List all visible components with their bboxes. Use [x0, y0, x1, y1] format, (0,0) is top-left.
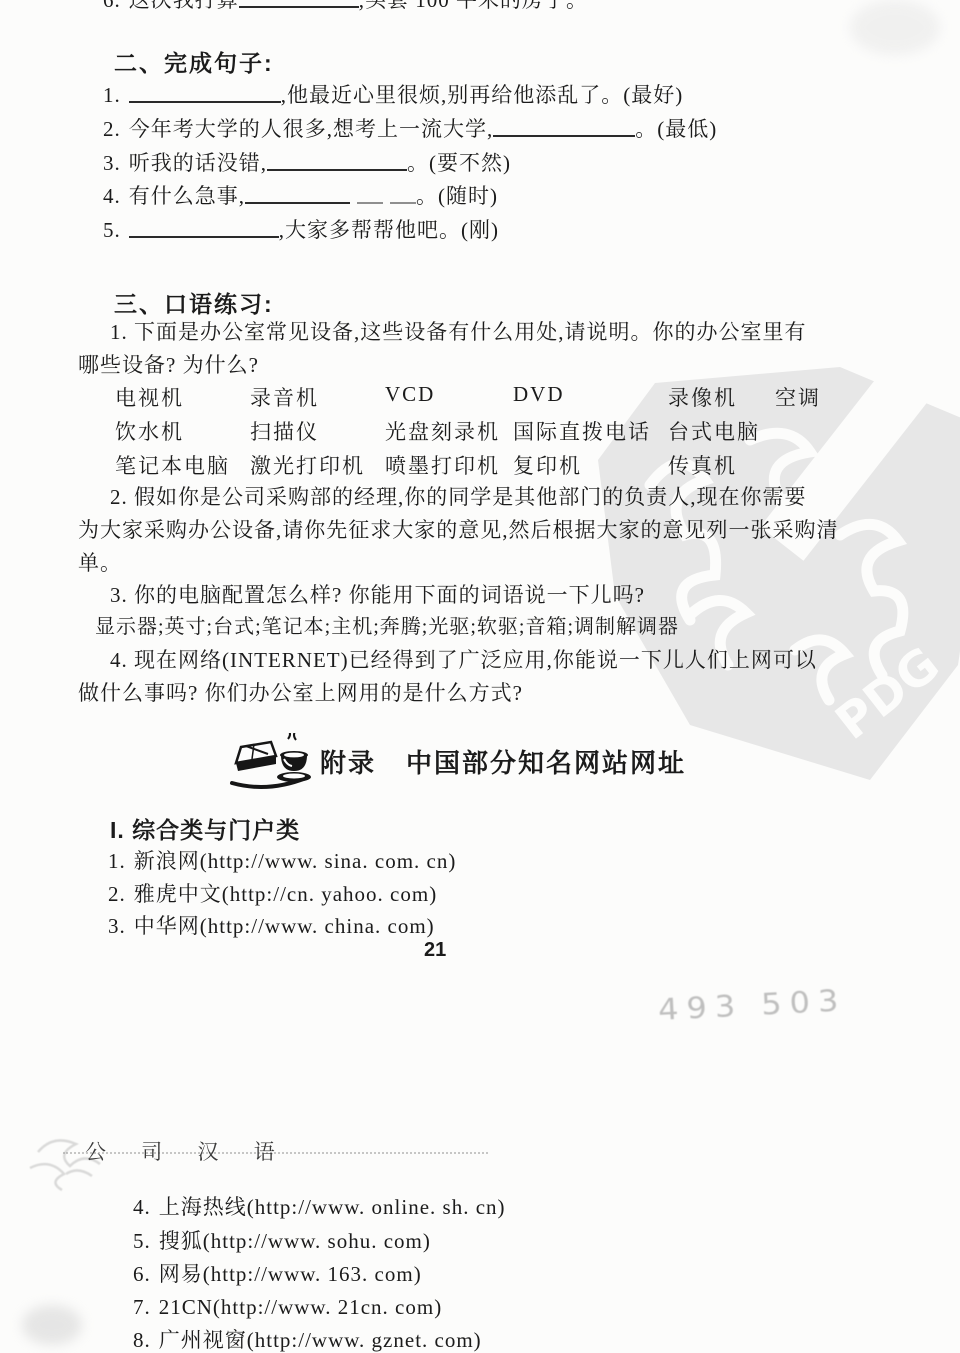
item-text: 。(最低): [635, 117, 717, 141]
item-number: 1.: [108, 849, 126, 873]
item-text: ,他最近心里很烦,别再给他添乱了。(最好): [281, 83, 684, 107]
site-list-item: 2.雅虎中文(http://cn. yahoo. com): [108, 881, 437, 907]
fill-in-blank: [129, 84, 281, 103]
fill-in-blank: [267, 152, 407, 171]
site-list-item: 3.中华网(http://www. china. com): [108, 913, 435, 939]
item-number: 4.: [103, 184, 121, 208]
fill-in-blank: [239, 0, 359, 8]
speaking-item-4-line-2: 做什么事吗? 你们办公室上网用的是什么方式?: [78, 680, 523, 706]
running-header-title: 公 司 汉 语: [85, 1136, 290, 1166]
fill-in-blank: [129, 219, 279, 238]
speaking-item-2-line-3: 单。: [78, 550, 122, 576]
equipment-item: 录像机: [668, 382, 737, 412]
equipment-item: 饮水机: [115, 416, 184, 446]
site-url-text: 上海热线(http://www. online. sh. cn): [159, 1195, 506, 1219]
item-text: 这次我打算: [129, 0, 239, 12]
speaking-item-1-line-2: 哪些设备? 为什么?: [78, 352, 259, 378]
speaking-item-1-line-1: 1. 下面是办公室常见设备,这些设备有什么用处,请说明。你的办公室里有: [110, 319, 807, 345]
equipment-item: DVD: [513, 382, 565, 407]
bottom-left-smudge: [22, 1305, 82, 1345]
equipment-item: 电视机: [115, 382, 184, 412]
fill-in-blank: [245, 185, 350, 204]
item-number: 3.: [103, 151, 121, 175]
faded-number-stamp: 493 503: [657, 983, 847, 1028]
scanned-textbook-page: PDG 6.这次我打算,买套 100 平米的房子。 二、完成句子: 1.,他最近…: [0, 0, 960, 1353]
appendix-title: 附录中国部分知名网站网址: [320, 743, 686, 780]
item-number: 3.: [108, 914, 126, 938]
exercise-item: 4.有什么急事,。(随时): [103, 183, 498, 209]
exercise-item: 5.,大家多帮帮他吧。(刚): [103, 217, 499, 243]
item-number: 5.: [103, 218, 121, 242]
equipment-item: 传真机: [668, 450, 737, 480]
site-url-text: 广州视窗(http://www. gznet. com): [159, 1328, 482, 1352]
speaking-item-4-line-1: 4. 现在网络(INTERNET)已经得到了广泛应用,你能说一下儿人们上网可以: [110, 647, 817, 673]
site-list-item: 6.网易(http://www. 163. com): [133, 1261, 422, 1287]
appendix-title-text: 中国部分知名网站网址: [406, 748, 686, 778]
item-number: 8.: [133, 1328, 151, 1352]
site-list-item: 8.广州视窗(http://www. gznet. com): [133, 1327, 482, 1353]
exercise-item: 1.,他最近心里很烦,别再给他添乱了。(最好): [103, 82, 683, 108]
category-one-heading: I. 综合类与门户类: [110, 812, 300, 845]
speaking-item-2-line-2: 为大家采购办公设备,请你先征求大家的意见,然后根据大家的意见列一张采购清: [78, 517, 839, 543]
site-url-text: 网易(http://www. 163. com): [159, 1262, 422, 1286]
equipment-item: 国际直拨电话: [513, 416, 651, 446]
item-number: 6.: [103, 0, 121, 12]
book-and-coffee-icon: [226, 733, 318, 791]
page-number: 21: [424, 939, 446, 962]
item-number: 7.: [133, 1295, 151, 1319]
site-url-text: 中华网(http://www. china. com): [134, 914, 435, 938]
fill-in-blank: [357, 185, 383, 204]
item-number: 2.: [108, 882, 126, 906]
item-number: 1.: [103, 83, 121, 107]
equipment-item: 复印机: [513, 450, 582, 480]
fill-in-blank: [390, 185, 416, 204]
site-list-item: 1.新浪网(http://www. sina. com. cn): [108, 848, 456, 874]
speaking-item-3-line-1: 3. 你的电脑配置怎么样? 你能用下面的词语说一下儿吗?: [110, 582, 645, 608]
section-two-heading: 二、完成句子:: [114, 45, 274, 78]
equipment-item: 笔记本电脑: [115, 450, 230, 480]
item-text: 听我的话没错,: [129, 151, 267, 175]
item-text: ,大家多帮帮他吧。(刚): [279, 218, 499, 242]
site-url-text: 新浪网(http://www. sina. com. cn): [134, 849, 457, 873]
equipment-item: 空调: [775, 382, 821, 412]
site-url-text: 搜狐(http://www. sohu. com): [159, 1229, 431, 1253]
item-number: 6.: [133, 1262, 151, 1286]
site-list-item: 4.上海热线(http://www. online. sh. cn): [133, 1194, 506, 1220]
item-number: 5.: [133, 1229, 151, 1253]
equipment-item: 扫描仪: [250, 416, 319, 446]
equipment-item: VCD: [385, 382, 435, 407]
item-text: ,买套 100 平米的房子。: [359, 0, 588, 12]
item-text: 今年考大学的人很多,想考上一流大学,: [129, 117, 494, 141]
item-number: 2.: [103, 117, 121, 141]
site-url-text: 21CN(http://www. 21cn. com): [159, 1295, 442, 1319]
item-text: 。(随时): [416, 184, 498, 208]
top-right-smudge: [850, 0, 940, 55]
site-list-item: 7.21CN(http://www. 21cn. com): [133, 1294, 442, 1320]
item-text: 有什么急事,: [129, 184, 245, 208]
equipment-item: 激光打印机: [250, 450, 365, 480]
speaking-item-3-words: 显示器;英寸;台式;笔记本;主机;奔腾;光驱;软驱;音箱;调制解调器: [95, 614, 679, 640]
site-list-item: 5.搜狐(http://www. sohu. com): [133, 1228, 431, 1254]
section-three-heading: 三、口语练习:: [114, 286, 274, 319]
cutoff-exercise-line: 6.这次我打算,买套 100 平米的房子。: [103, 0, 588, 13]
equipment-item: 光盘刻录机: [385, 416, 500, 446]
equipment-item: 录音机: [250, 382, 319, 412]
appendix-title-prefix: 附录: [320, 748, 376, 778]
site-url-text: 雅虎中文(http://cn. yahoo. com): [134, 882, 437, 906]
item-text: 。(要不然): [407, 151, 511, 175]
equipment-item: 喷墨打印机: [385, 450, 500, 480]
exercise-item: 3.听我的话没错,。(要不然): [103, 150, 511, 176]
speaking-item-2-line-1: 2. 假如你是公司采购部的经理,你的同学是其他部门的负责人,现在你需要: [110, 484, 807, 510]
exercise-item: 2.今年考大学的人很多,想考上一流大学,。(最低): [103, 116, 717, 142]
item-number: 4.: [133, 1195, 151, 1219]
fill-in-blank: [493, 118, 635, 137]
equipment-item: 台式电脑: [668, 416, 760, 446]
